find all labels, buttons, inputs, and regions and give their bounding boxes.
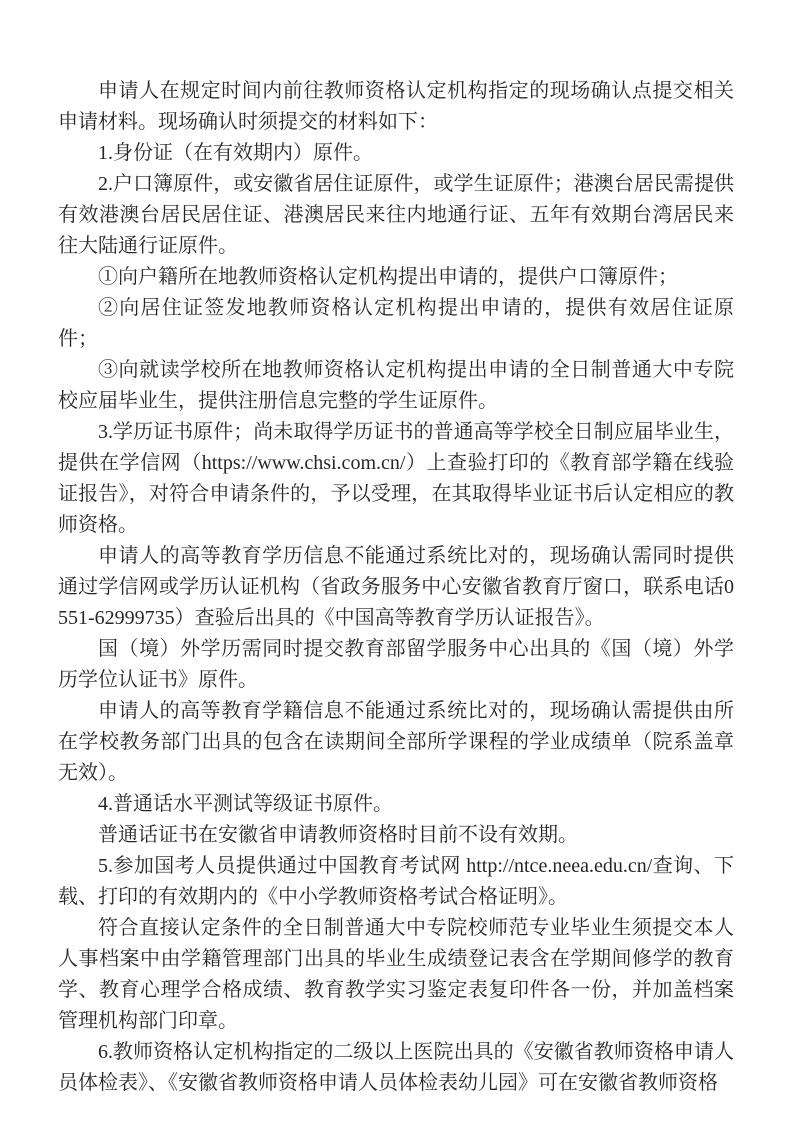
para-foreign-degree: 国（境）外学历需同时提交教育部留学服务中心出具的《国（境）外学历学位认证书》原件… — [58, 634, 734, 696]
para-direct-recognition: 符合直接认定条件的全日制普通大中专院校师范专业毕业生须提交本人人事档案中由学籍管… — [58, 913, 734, 1037]
document-body: 申请人在规定时间内前往教师资格认定机构指定的现场确认点提交相关申请材料。现场确认… — [58, 76, 734, 1099]
para-item-5-exam-certificate: 5.参加国考人员提供通过中国教育考试网 http://ntce.neea.edu… — [58, 851, 734, 913]
para-item-2-hukou: 2.户口簿原件，或安徽省居住证原件，或学生证原件；港澳台居民需提供有效港澳台居民… — [58, 169, 734, 262]
para-putonghua-validity: 普通话证书在安徽省申请教师资格时目前不设有效期。 — [58, 820, 734, 851]
para-item-6-physical-exam: 6.教师资格认定机构指定的二级以上医院出具的《安徽省教师资格申请人员体检表》、《… — [58, 1037, 734, 1099]
document-page: 申请人在规定时间内前往教师资格认定机构指定的现场确认点提交相关申请材料。现场确认… — [0, 0, 793, 1122]
para-degree-verification: 申请人的高等教育学历信息不能通过系统比对的，现场确认需同时提供通过学信网或学历认… — [58, 541, 734, 634]
para-intro: 申请人在规定时间内前往教师资格认定机构指定的现场确认点提交相关申请材料。现场确认… — [58, 76, 734, 138]
para-subitem-circle1: ①向户籍所在地教师资格认定机构提出申请的，提供户口簿原件； — [58, 262, 734, 293]
para-item-3-diploma: 3.学历证书原件；尚未取得学历证书的普通高等学校全日制应届毕业生，提供在学信网（… — [58, 417, 734, 541]
para-subitem-circle2: ②向居住证签发地教师资格认定机构提出申请的，提供有效居住证原件； — [58, 293, 734, 355]
para-item-4-putonghua: 4.普通话水平测试等级证书原件。 — [58, 789, 734, 820]
para-subitem-circle3: ③向就读学校所在地教师资格认定机构提出申请的全日制普通大中专院校应届毕业生，提供… — [58, 355, 734, 417]
para-item-1-id-card: 1.身份证（在有效期内）原件。 — [58, 138, 734, 169]
para-transcript: 申请人的高等教育学籍信息不能通过系统比对的，现场确认需提供由所在学校教务部门出具… — [58, 696, 734, 789]
